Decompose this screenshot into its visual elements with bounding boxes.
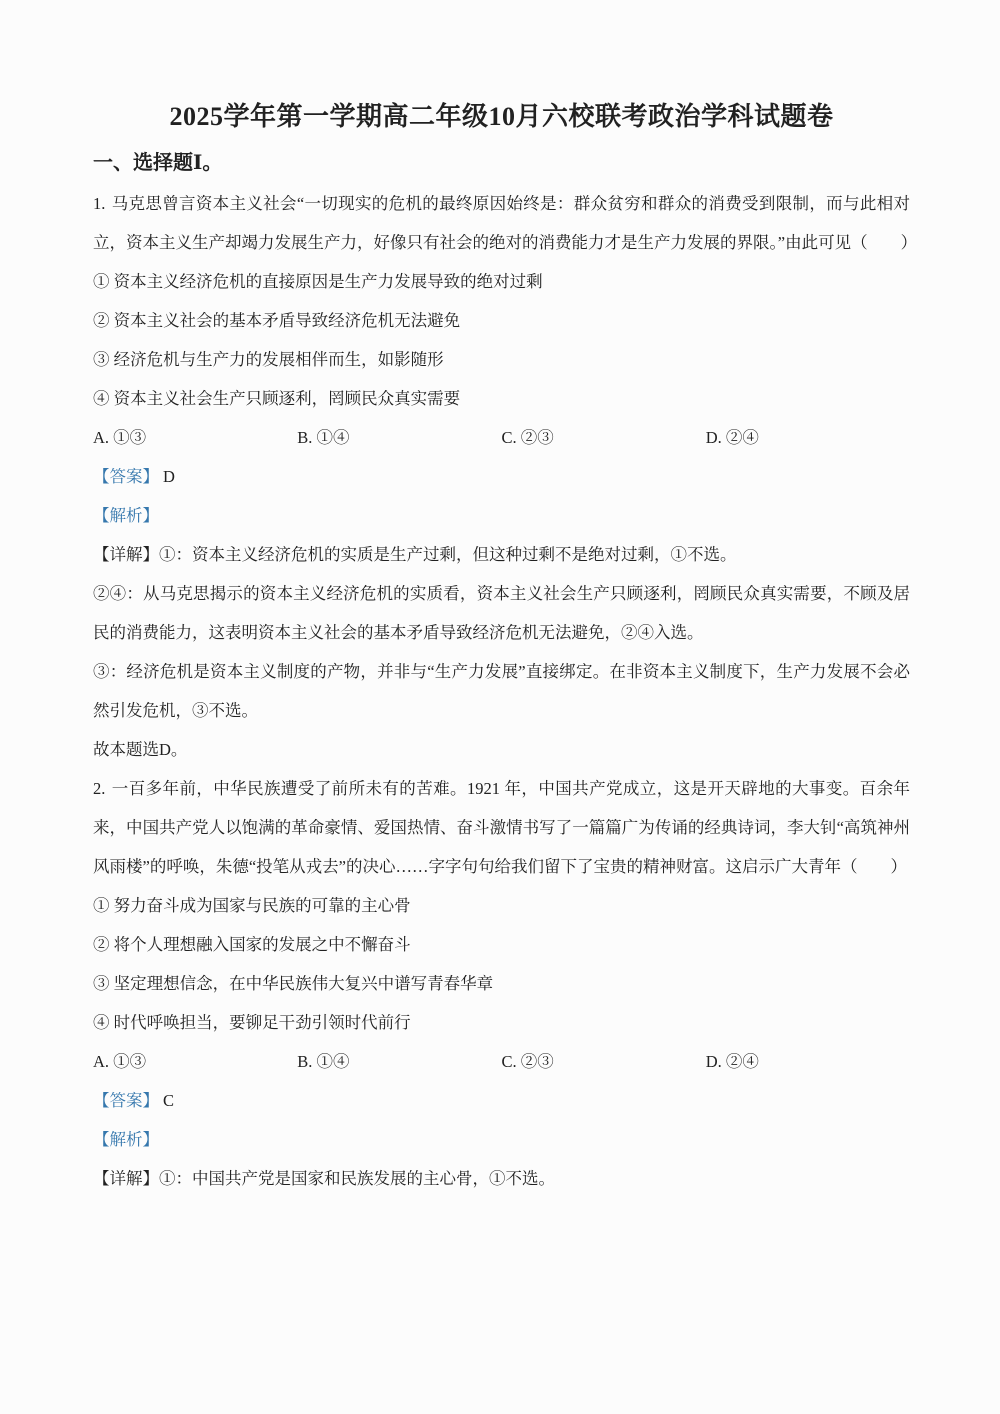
question-1-choice-b: B. ①④ xyxy=(297,418,501,457)
question-block-2: 2.一百多年前，中华民族遭受了前所未有的苦难。1921 年，中国共产党成立，这是… xyxy=(93,769,910,1198)
question-1-answer-label: 【答案】 xyxy=(93,467,159,486)
question-1-choice-a: A. ①③ xyxy=(93,418,297,457)
question-2-choice-d: D. ②④ xyxy=(706,1042,910,1081)
question-block-1: 1.马克思曾言资本主义社会“一切现实的危机的最终原因始终是：群众贫穷和群众的消费… xyxy=(93,184,910,769)
question-1-detail-line-3: ③：经济危机是资本主义制度的产物，并非与“生产力发展”直接绑定。在非资本主义制度… xyxy=(93,652,910,730)
question-1-choice-c: C. ②③ xyxy=(502,418,706,457)
question-1-detail-line-1: 【详解】①：资本主义经济危机的实质是生产过剩，但这种过剩不是绝对过剩，①不选。 xyxy=(93,535,910,574)
question-2-stem: 2.一百多年前，中华民族遭受了前所未有的苦难。1921 年，中国共产党成立，这是… xyxy=(93,769,910,886)
question-2-answer-line: 【答案】C xyxy=(93,1081,910,1120)
question-2-choice-row: A. ①③ B. ①④ C. ②③ D. ②④ xyxy=(93,1042,910,1081)
question-2-stem-text: 一百多年前，中华民族遭受了前所未有的苦难。1921 年，中国共产党成立，这是开天… xyxy=(93,779,910,876)
question-1-answer-line: 【答案】D xyxy=(93,457,910,496)
question-2-option-4: ④ 时代呼唤担当，要铆足干劲引领时代前行 xyxy=(93,1003,910,1042)
question-1-option-2: ② 资本主义社会的基本矛盾导致经济危机无法避免 xyxy=(93,301,910,340)
question-2-answer-label: 【答案】 xyxy=(93,1091,159,1110)
question-2-choice-b: B. ①④ xyxy=(297,1042,501,1081)
section-heading: 一、选择题Ⅰ。 xyxy=(93,144,910,182)
question-1-choice-row: A. ①③ B. ①④ C. ②③ D. ②④ xyxy=(93,418,910,457)
question-1-number: 1. xyxy=(93,194,105,213)
question-1-option-3: ③ 经济危机与生产力的发展相伴而生，如影随形 xyxy=(93,340,910,379)
question-1-answer-value: D xyxy=(163,467,175,486)
question-1-conclusion-line: 故本题选D。 xyxy=(93,730,910,769)
question-2-analysis-label: 【解析】 xyxy=(93,1120,910,1159)
question-2-choice-c: C. ②③ xyxy=(502,1042,706,1081)
question-1-stem: 1.马克思曾言资本主义社会“一切现实的危机的最终原因始终是：群众贫穷和群众的消费… xyxy=(93,184,910,262)
question-2-answer-value: C xyxy=(163,1091,174,1110)
question-1-detail-line-2: ②④：从马克思揭示的资本主义经济危机的实质看，资本主义社会生产只顾逐利，罔顾民众… xyxy=(93,574,910,652)
question-2-detail-line-1: 【详解】①：中国共产党是国家和民族发展的主心骨，①不选。 xyxy=(93,1159,910,1198)
question-1-option-4: ④ 资本主义社会生产只顾逐利，罔顾民众真实需要 xyxy=(93,379,910,418)
question-2-option-3: ③ 坚定理想信念，在中华民族伟大复兴中谱写青春华章 xyxy=(93,964,910,1003)
question-2-number: 2. xyxy=(93,779,105,798)
question-1-choice-d: D. ②④ xyxy=(706,418,910,457)
exam-paper-page: 2025学年第一学期高二年级10月六校联考政治学科试题卷 一、选择题Ⅰ。 1.马… xyxy=(0,0,1000,1414)
question-1-stem-text: 马克思曾言资本主义社会“一切现实的危机的最终原因始终是：群众贫穷和群众的消费受到… xyxy=(93,194,917,252)
question-1-option-1: ① 资本主义经济危机的直接原因是生产力发展导致的绝对过剩 xyxy=(93,262,910,301)
question-2-choice-a: A. ①③ xyxy=(93,1042,297,1081)
question-2-option-2: ② 将个人理想融入国家的发展之中不懈奋斗 xyxy=(93,925,910,964)
question-1-analysis-label: 【解析】 xyxy=(93,496,910,535)
question-2-option-1: ① 努力奋斗成为国家与民族的可靠的主心骨 xyxy=(93,886,910,925)
page-title: 2025学年第一学期高二年级10月六校联考政治学科试题卷 xyxy=(93,96,910,138)
